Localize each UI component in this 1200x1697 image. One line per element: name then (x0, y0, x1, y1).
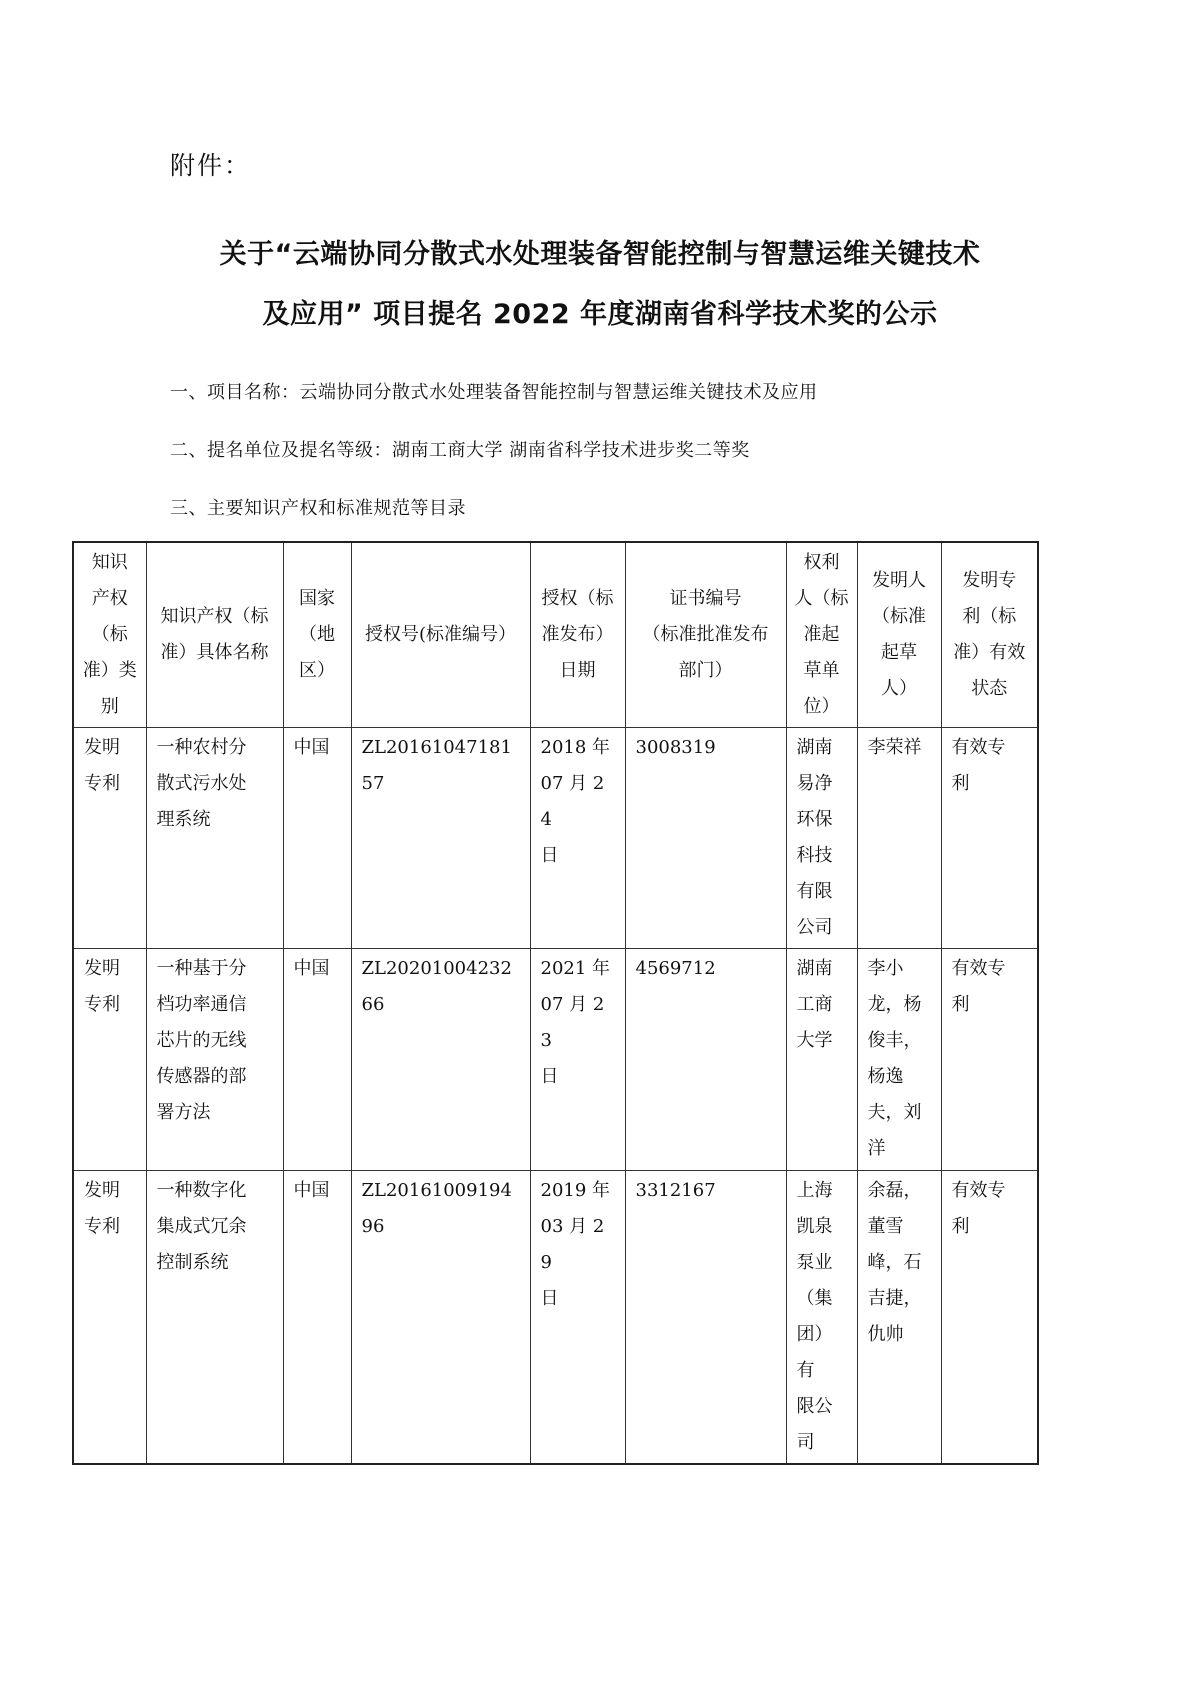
cell-name: 一种基于分 档功率通信 芯片的无线 传感器的部 署方法 (146, 949, 283, 1171)
table-row: 发明 专利 一种农村分 散式污水处 理系统 中国 ZL2016104718157… (73, 728, 1038, 949)
cell-country: 中国 (283, 1171, 351, 1465)
cell-date: 2021 年 07 月 23 日 (530, 949, 625, 1171)
cell-cert-no: 3008319 (625, 728, 786, 949)
header-auth-date: 授权（标 准发布） 日期 (530, 542, 625, 728)
cell-auth-no: ZL2016104718157 (351, 728, 530, 949)
attachment-label: 附件： (170, 146, 251, 182)
cell-name: 一种数字化 集成式冗余 控制系统 (146, 1171, 283, 1465)
header-auth-no: 授权号(标准编号） (351, 542, 530, 728)
cell-cert-no: 3312167 (625, 1171, 786, 1465)
document-title-line-2: 及应用” 项目提名 2022 年度湖南省科学技术奖的公示 (100, 292, 1100, 331)
header-holder: 权利 人（标 准起 草单 位） (786, 542, 857, 728)
cell-status: 有效专 利 (941, 728, 1038, 949)
cell-type: 发明 专利 (73, 1171, 146, 1465)
cell-type: 发明 专利 (73, 949, 146, 1171)
header-ip-type: 知识 产权 （标 准）类 别 (73, 542, 146, 728)
cell-type: 发明 专利 (73, 728, 146, 949)
nominator-line: 二、提名单位及提名等级：湖南工商大学 湖南省科学技术进步奖二等奖 (170, 436, 750, 462)
cell-country: 中国 (283, 949, 351, 1171)
cell-holder: 湖南 工商 大学 (786, 949, 857, 1171)
cell-holder: 上海 凯泉 泵业 （集 团）有 限公 司 (786, 1171, 857, 1465)
cell-inventors: 李小 龙，杨 俊丰， 杨逸 夫，刘 洋 (857, 949, 941, 1171)
header-inventors: 发明人 （标准 起草 人） (857, 542, 941, 728)
cell-auth-no: ZL2016100919496 (351, 1171, 530, 1465)
project-name-line: 一、项目名称：云端协同分散式水处理装备智能控制与智慧运维关键技术及应用 (170, 378, 818, 404)
cell-inventors: 余磊， 董雪 峰，石 吉捷， 仇帅 (857, 1171, 941, 1465)
cell-inventors: 李荣祥 (857, 728, 941, 949)
cell-holder: 湖南 易净 环保 科技 有限 公司 (786, 728, 857, 949)
cell-cert-no: 4569712 (625, 949, 786, 1171)
table-row: 发明 专利 一种数字化 集成式冗余 控制系统 中国 ZL201610091949… (73, 1171, 1038, 1465)
header-country: 国家 （地 区） (283, 542, 351, 728)
cell-status: 有效专 利 (941, 1171, 1038, 1465)
cell-country: 中国 (283, 728, 351, 949)
header-cert-no: 证书编号 （标准批准发布 部门） (625, 542, 786, 728)
cell-status: 有效专 利 (941, 949, 1038, 1171)
table-header-row: 知识 产权 （标 准）类 别 知识产权（标 准）具体名称 国家 （地 区） 授权… (73, 542, 1038, 728)
header-status: 发明专 利（标 准）有效 状态 (941, 542, 1038, 728)
cell-name: 一种农村分 散式污水处 理系统 (146, 728, 283, 949)
table-row: 发明 专利 一种基于分 档功率通信 芯片的无线 传感器的部 署方法 中国 ZL2… (73, 949, 1038, 1171)
document-title-line-1: 关于“云端协同分散式水处理装备智能控制与智慧运维关键技术 (100, 232, 1100, 271)
cell-date: 2019 年 03 月 29 日 (530, 1171, 625, 1465)
header-ip-name: 知识产权（标 准）具体名称 (146, 542, 283, 728)
cell-date: 2018 年 07 月 24 日 (530, 728, 625, 949)
ip-list-heading: 三、主要知识产权和标准规范等目录 (170, 494, 466, 520)
ip-table: 知识 产权 （标 准）类 别 知识产权（标 准）具体名称 国家 （地 区） 授权… (72, 541, 1039, 1465)
cell-auth-no: ZL2020100423266 (351, 949, 530, 1171)
